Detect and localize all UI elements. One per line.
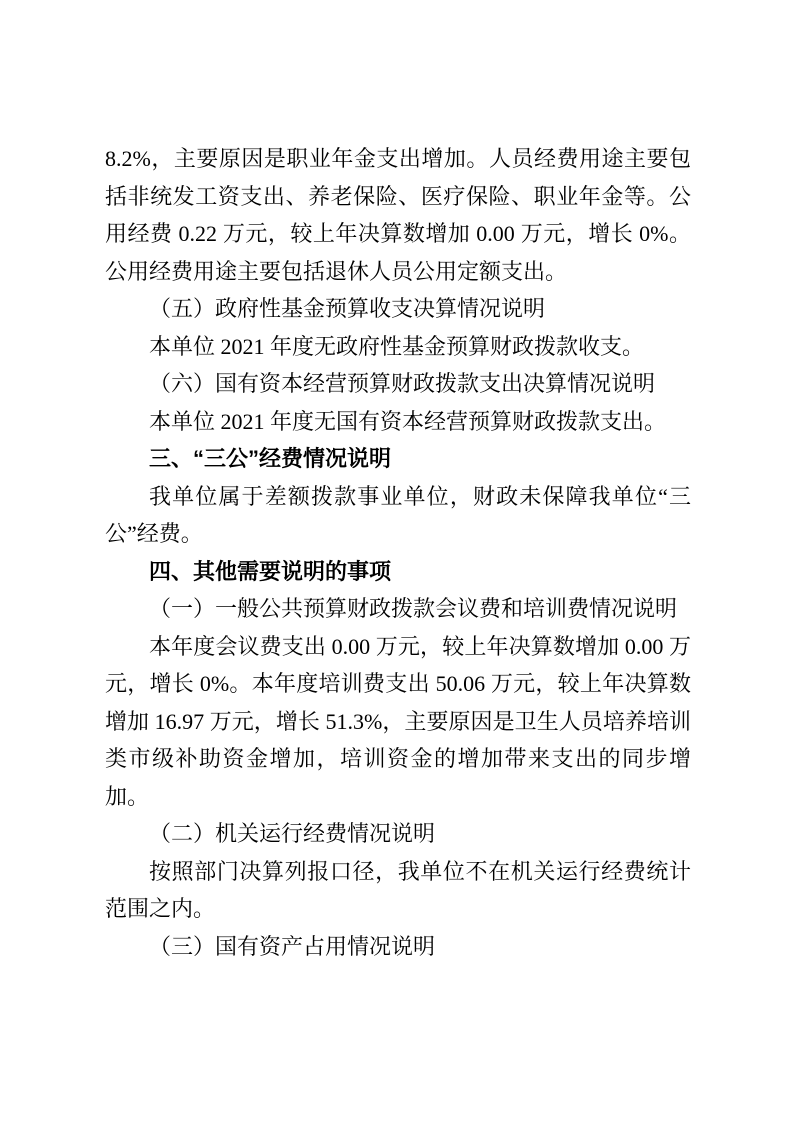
body-paragraph: 按照部门决算列报口径，我单位不在机关运行经费统计范围之内。 — [105, 853, 691, 928]
body-paragraph: 我单位属于差额拨款事业单位，财政未保障我单位“三公”经费。 — [105, 478, 691, 553]
body-paragraph: 本单位 2021 年度无国有资本经营预算财政拨款支出。 — [105, 403, 691, 441]
section-heading: 三、“三公”经费情况说明 — [105, 440, 691, 478]
body-paragraph: 本单位 2021 年度无政府性基金预算财政拨款收支。 — [105, 328, 691, 366]
body-paragraph: 本年度会议费支出 0.00 万元，较上年决算数增加 0.00 万元，增长 0%。… — [105, 628, 691, 816]
sub-section-heading: （三）国有资产占用情况说明 — [105, 928, 691, 966]
sub-section-heading: （一）一般公共预算财政拨款会议费和培训费情况说明 — [105, 590, 691, 628]
sub-section-heading: （六）国有资本经营预算财政拨款支出决算情况说明 — [105, 365, 691, 403]
body-paragraph: 8.2%，主要原因是职业年金支出增加。人员经费用途主要包括非统发工资支出、养老保… — [105, 140, 691, 290]
section-heading: 四、其他需要说明的事项 — [105, 553, 691, 591]
sub-section-heading: （二）机关运行经费情况说明 — [105, 815, 691, 853]
sub-section-heading: （五）政府性基金预算收支决算情况说明 — [105, 290, 691, 328]
document-page: 8.2%，主要原因是职业年金支出增加。人员经费用途主要包括非统发工资支出、养老保… — [0, 0, 794, 1123]
document-content: 8.2%，主要原因是职业年金支出增加。人员经费用途主要包括非统发工资支出、养老保… — [105, 140, 691, 965]
